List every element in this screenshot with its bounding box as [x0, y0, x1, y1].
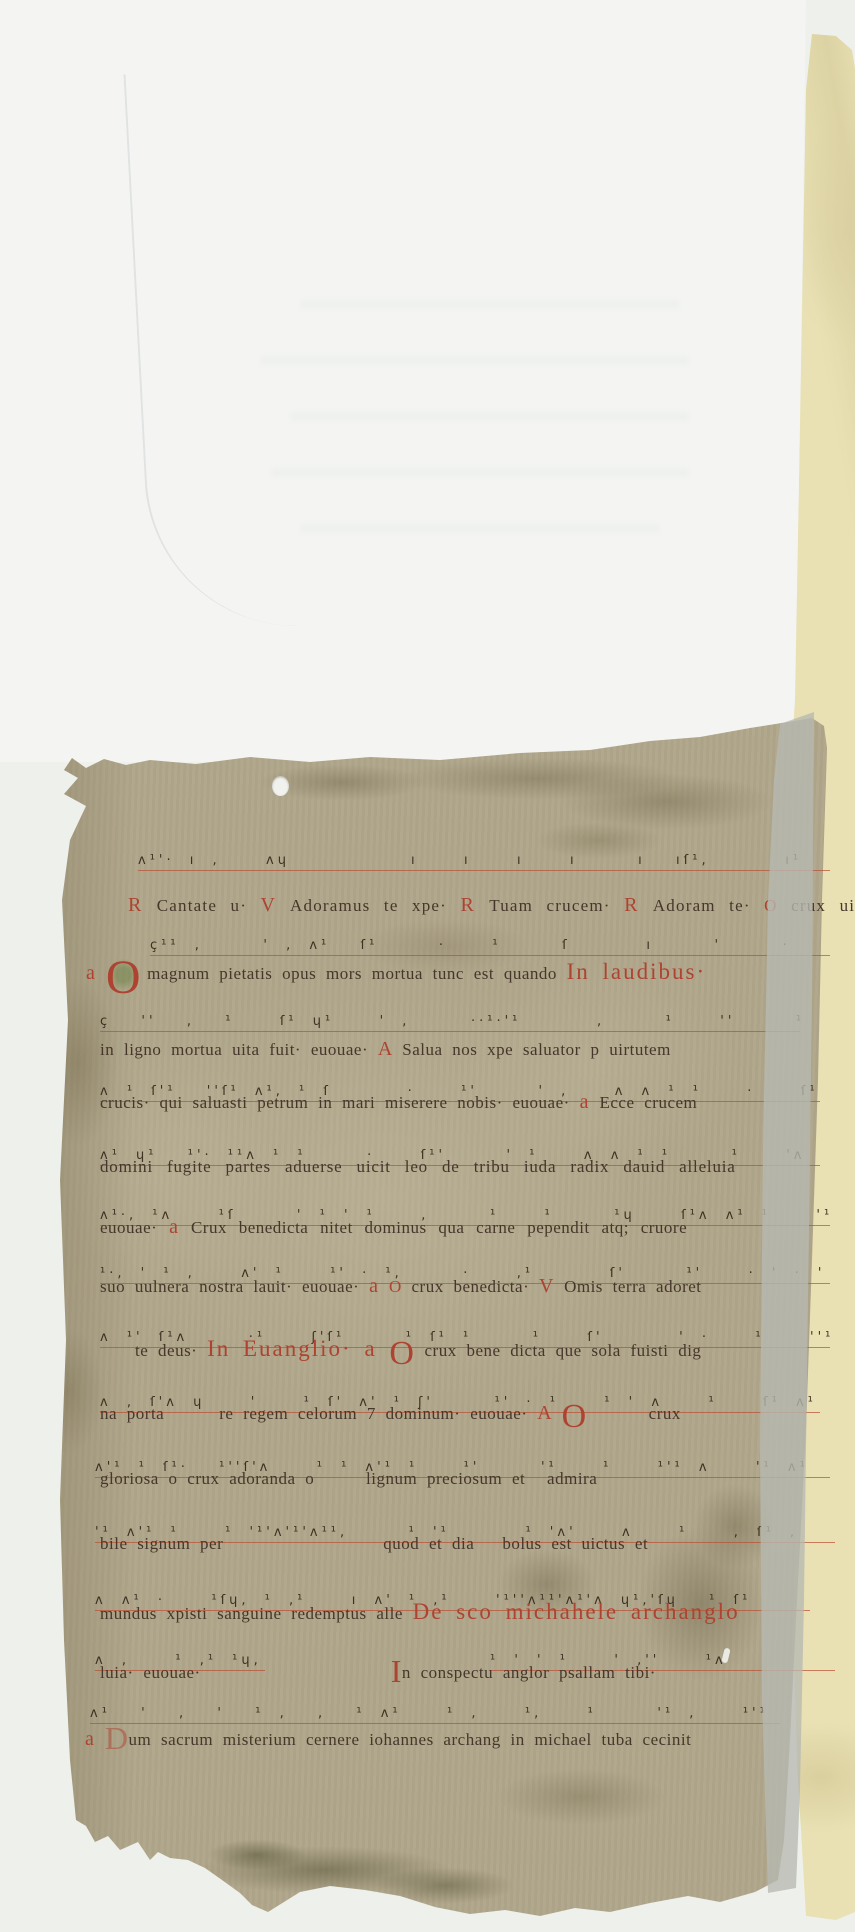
- rubric-text: a: [169, 1216, 191, 1238]
- rubric-text: O: [389, 1277, 412, 1296]
- rubric-text: De sco michahele archanglo: [413, 1599, 740, 1624]
- red-ruling-line: [150, 955, 830, 956]
- chant-text: crux bene dicta que sola fuisti dig: [424, 1341, 701, 1360]
- rubric-text: V: [539, 1275, 564, 1297]
- chant-text: Tuam crucem·: [489, 896, 624, 915]
- chant-text: crucis· qui saluasti petrum in mari mise…: [100, 1093, 580, 1112]
- chant-text-line: suo uulnera nostra lauit· euouae· a O cr…: [100, 1274, 830, 1302]
- rubric-text: O: [389, 1335, 414, 1372]
- chant-text: domini fugite partes aduerse uicit leo d…: [100, 1157, 736, 1176]
- neume-line: ʌ¹ ' , ' ¹ , , ¹ ʌ¹ ¹ , ¹, ¹ '¹ , ¹'¹ '': [90, 1698, 780, 1728]
- chant-text-line: luia· euouae·In conspectu anglor psallam…: [100, 1661, 800, 1689]
- rubric-text: In laudibus·: [567, 959, 707, 984]
- rubric-text: R: [624, 894, 653, 916]
- chant-text: te deus·: [135, 1341, 207, 1360]
- chant-text: Crux benedicta nitet dominus qua carne p…: [191, 1218, 687, 1237]
- chant-text: Adoram te·: [653, 896, 764, 915]
- chant-text: lignum preciosum et: [366, 1469, 535, 1488]
- rubric-text: I: [391, 1653, 402, 1689]
- rubric-text: a: [580, 1091, 600, 1113]
- chant-text: quod et dia: [383, 1534, 474, 1553]
- chant-text-line: in ligno mortua uita fuit· euouae· A Sal…: [100, 1037, 800, 1065]
- chant-text: bolus est uictus et: [502, 1534, 648, 1553]
- red-ruling-line: [138, 870, 830, 871]
- rubric-text: A: [537, 1402, 561, 1424]
- chant-text: n conspectu anglor psallam tibi·: [402, 1663, 656, 1682]
- chant-text-line: crucis· qui saluasti petrum in mari mise…: [100, 1090, 820, 1118]
- rubric-text: A: [378, 1038, 402, 1060]
- neume-glyphs: ç¹¹ , ' , ʌ¹ ſ¹ · ¹ ſ ı ' · ı ,' · ''ſʌ: [150, 938, 830, 953]
- neume-line: ç¹¹ , ' , ʌ¹ ſ¹ · ¹ ſ ı ' · ı ,' · ''ſʌ: [150, 930, 830, 960]
- neume-line: ʌ¹'· ı , ʌɥ ı ı ı ı ı ıſ¹, ı¹ ʌ ı ʌ'¹—': [138, 845, 830, 875]
- chant-text: um sacrum misterium cernere iohannes arc…: [129, 1730, 692, 1749]
- rubric-text: a: [86, 962, 106, 984]
- rubric-text: O: [106, 951, 141, 1004]
- chant-text-line: domini fugite partes aduerse uicit leo d…: [100, 1155, 820, 1183]
- chant-text: gloriosa o crux adoranda o: [100, 1469, 324, 1488]
- chant-text: Cantate u·: [157, 896, 261, 915]
- chant-text-line: R Cantate u· V Adoramus te xpe· R Tuam c…: [128, 893, 828, 921]
- chant-text: suo uulnera nostra lauit· euouae·: [100, 1277, 369, 1296]
- chant-text: admira: [547, 1469, 597, 1488]
- chant-text-line: te deus· In Euanglio· a Ocrux bene dicta…: [135, 1337, 835, 1365]
- rubric-text: O: [562, 1398, 587, 1435]
- chant-lines-layer: ʌ¹'· ı , ʌɥ ı ı ı ı ı ıſ¹, ı¹ ʌ ı ʌ'¹—'R…: [0, 0, 855, 1932]
- chant-text: Omis terra adoret: [564, 1277, 701, 1296]
- red-ruling-line: [100, 1031, 800, 1032]
- rubric-text: a: [85, 1728, 105, 1750]
- chant-text: euouae·: [100, 1218, 169, 1237]
- rubric-text: D: [105, 1720, 129, 1756]
- chant-text: Ecce crucem: [599, 1093, 697, 1112]
- rubric-text: In Euanglio· a: [207, 1336, 389, 1361]
- neume-line: ç '' , ¹ ſ¹ ɥ¹ ' , ··¹·'¹ , ¹ '' ¹ ' , ¹: [100, 1006, 800, 1036]
- neume-glyphs: ç '' , ¹ ſ¹ ɥ¹ ' , ··¹·'¹ , ¹ '' ¹ ' , ¹: [100, 1014, 800, 1029]
- chant-text: Salua nos xpe saluator p uirtutem: [402, 1040, 671, 1059]
- rubric-text: V: [261, 894, 290, 916]
- red-ruling-line: [90, 1723, 780, 1724]
- chant-text: bile signum per: [100, 1534, 223, 1553]
- chant-text-line: bile signum perquod et diabolus est uict…: [100, 1532, 840, 1560]
- chant-text: crux: [649, 1404, 681, 1423]
- chant-text-line: mundus xpisti sanguine redemptus alle De…: [100, 1600, 815, 1628]
- chant-text: mundus xpisti sanguine redemptus alle: [100, 1604, 413, 1623]
- chant-text-line: a Dum sacrum misterium cernere iohannes …: [85, 1727, 785, 1755]
- neume-glyphs: ʌ¹ ' , ' ¹ , , ¹ ʌ¹ ¹ , ¹, ¹ '¹ , ¹'¹ '': [90, 1706, 780, 1721]
- chant-text-line: a Omagnum pietatis opus mors mortua tunc…: [86, 960, 826, 988]
- manuscript-scan: ʌ¹'· ı , ʌɥ ı ı ı ı ı ıſ¹, ı¹ ʌ ı ʌ'¹—'R…: [0, 0, 855, 1932]
- chant-text: magnum pietatis opus mors mortua tunc es…: [147, 964, 567, 983]
- neume-glyphs: ʌ¹'· ı , ʌɥ ı ı ı ı ı ıſ¹, ı¹ ʌ ı ʌ'¹—': [138, 853, 830, 868]
- chant-text-line: euouae· a Crux benedicta nitet dominus q…: [100, 1215, 830, 1243]
- rubric-text: a: [369, 1275, 389, 1297]
- chant-text: in ligno mortua uita fuit· euouae·: [100, 1040, 378, 1059]
- rubric-text: R: [128, 894, 157, 916]
- chant-text: Adoramus te xpe·: [290, 896, 460, 915]
- chant-text: re regem celorum 7 dominum· euouae·: [219, 1404, 537, 1423]
- rubric-text: R: [460, 894, 489, 916]
- chant-text: na porta: [100, 1404, 164, 1423]
- chant-text-line: gloriosa o crux adoranda o lignum precio…: [100, 1467, 835, 1495]
- chant-text: luia· euouae·: [100, 1663, 201, 1682]
- chant-text: crux benedicta·: [411, 1277, 539, 1296]
- chant-text-line: na portare regem celorum 7 dominum· euou…: [100, 1401, 820, 1429]
